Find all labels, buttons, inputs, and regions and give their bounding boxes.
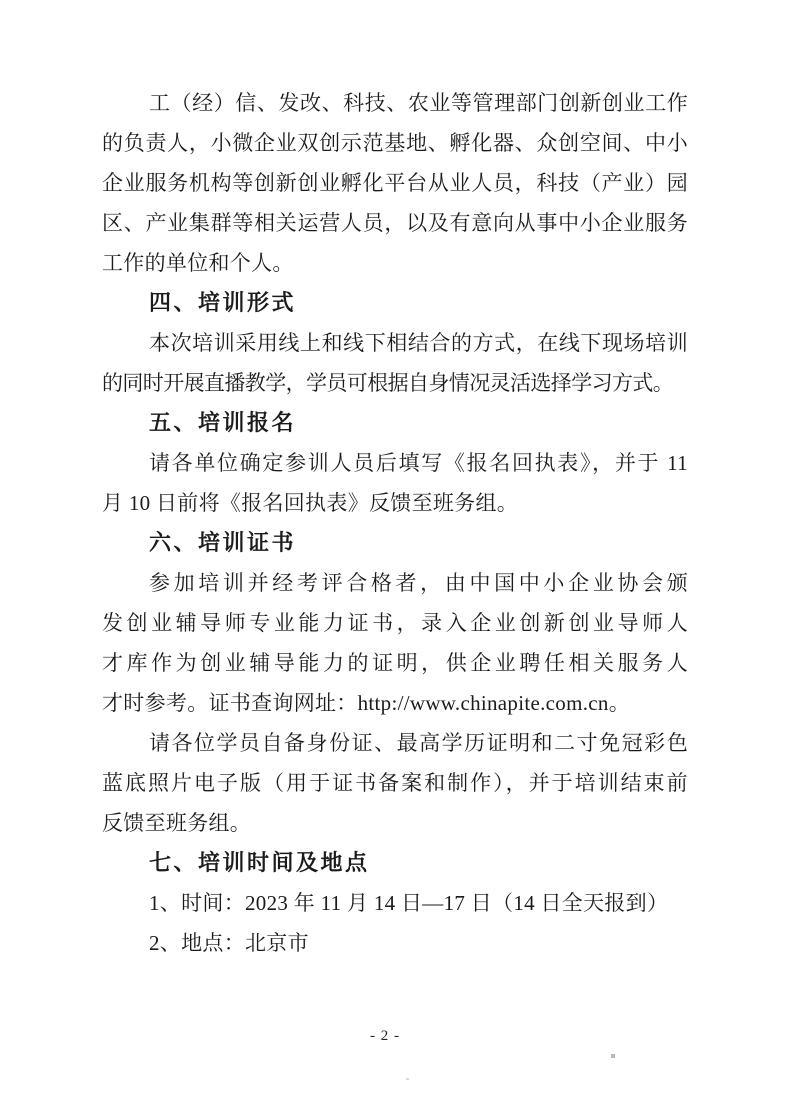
section-5-line: 月 10 日前将《报名回执表》反馈至班务组。 [102, 483, 688, 523]
section-6-line: 参加培训并经考评合格者，由中国中小企业协会颁 [102, 563, 688, 603]
audience-line: 企业服务机构等创新创业孵化平台从业人员，科技（产业）园 [102, 163, 688, 203]
audience-line: 区、产业集群等相关运营人员，以及有意向从事中小企业服务 [102, 203, 688, 243]
scan-speck [406, 1078, 409, 1080]
section-6-line-cert-url: 才时参考。证书查询网址：http://www.chinapite.com.cn。 [102, 683, 688, 723]
section-5-line: 请各单位确定参训人员后填写《报名回执表》，并于 11 [102, 443, 688, 483]
section-4-line: 的同时开展直播教学，学员可根据自身情况灵活选择学习方式。 [102, 363, 688, 403]
heading-section-6-certificate: 六、培训证书 [102, 523, 688, 563]
heading-section-4-training-format: 四、培训形式 [102, 283, 688, 323]
section-6-notice-line: 反馈至班务组。 [102, 803, 688, 843]
document-page: 工（经）信、发改、科技、农业等管理部门创新创业工作 的负责人，小微企业双创示范基… [0, 0, 788, 1116]
document-body: 工（经）信、发改、科技、农业等管理部门创新创业工作 的负责人，小微企业双创示范基… [102, 83, 688, 963]
heading-section-7-time-location: 七、培训时间及地点 [102, 843, 688, 883]
audience-line: 的负责人，小微企业双创示范基地、孵化器、众创空间、中小 [102, 123, 688, 163]
section-7-time-item: 1、时间：2023 年 11 月 14 日—17 日（14 日全天报到） [102, 883, 688, 923]
section-7-location-item: 2、地点：北京市 [102, 923, 688, 963]
heading-section-5-registration: 五、培训报名 [102, 403, 688, 443]
scan-speck [611, 1054, 615, 1058]
page-number: - 2 - [0, 1028, 788, 1045]
section-6-notice-line: 请各位学员自备身份证、最高学历证明和二寸免冠彩色 [102, 723, 688, 763]
audience-line: 工作的单位和个人。 [102, 243, 688, 283]
audience-line: 工（经）信、发改、科技、农业等管理部门创新创业工作 [102, 83, 688, 123]
section-6-line: 发创业辅导师专业能力证书，录入企业创新创业导师人 [102, 603, 688, 643]
section-6-line: 才库作为创业辅导能力的证明，供企业聘任相关服务人 [102, 643, 688, 683]
section-6-notice-line: 蓝底照片电子版（用于证书备案和制作），并于培训结束前 [102, 763, 688, 803]
section-4-line: 本次培训采用线上和线下相结合的方式，在线下现场培训 [102, 323, 688, 363]
